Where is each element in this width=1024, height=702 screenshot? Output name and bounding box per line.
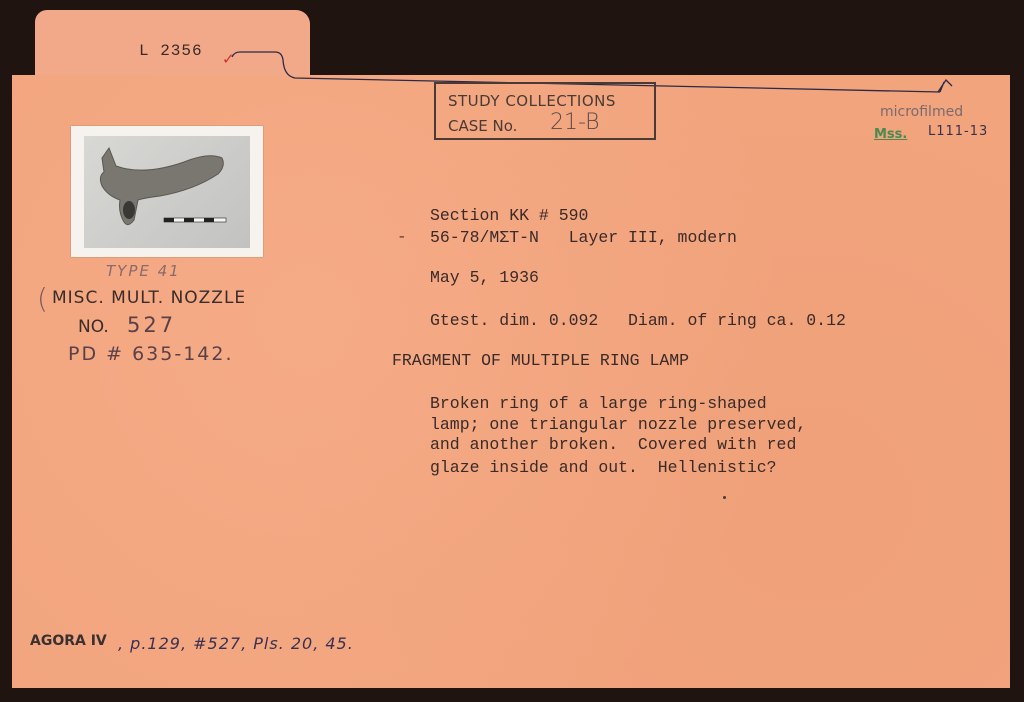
ink-dot — [723, 496, 726, 499]
pd-number: PD # 635-142. — [68, 343, 234, 365]
study-collections-stamp: STUDY COLLECTIONS CASE No. 21-B — [434, 82, 656, 140]
stamp-case-label: CASE No. — [448, 117, 517, 135]
description-line: and another broken. Covered with red — [430, 435, 796, 454]
microfilm-number: L111-13 — [928, 124, 988, 139]
bracket-mark: ( — [37, 282, 48, 315]
section-line: Section KK # 590 — [430, 206, 588, 225]
dimensions-line: Gtest. dim. 0.092 Diam. of ring ca. 0.12 — [430, 311, 846, 330]
description-line: glaze inside and out. Hellenistic? — [430, 458, 777, 477]
description-line: Broken ring of a large ring-shaped — [430, 394, 767, 413]
agora-stamp: AGORA IV — [30, 633, 107, 649]
date-line: May 5, 1936 — [430, 268, 539, 287]
number-value: 527 — [127, 313, 176, 337]
check-mark-icon: ✓ — [222, 50, 235, 68]
description-line: lamp; one triangular nozzle preserved, — [430, 415, 806, 434]
stamp-case-number: 21-B — [550, 110, 600, 135]
mss-stamp: Mss. — [874, 127, 907, 142]
number-label: NO. — [78, 317, 109, 337]
stamp-title: STUDY COLLECTIONS — [448, 92, 616, 110]
location-line: 56-78/MΣT-N Layer III, modern — [430, 228, 737, 247]
microfilmed-stamp: microfilmed — [880, 104, 963, 120]
type-note: TYPE 41 — [106, 262, 181, 280]
catalog-id: L 2356 — [139, 42, 203, 60]
photo-icon — [84, 136, 250, 248]
location-dash: - — [397, 228, 407, 246]
artifact-photo — [71, 126, 263, 257]
object-title: FRAGMENT OF MULTIPLE RING LAMP — [392, 351, 689, 370]
category-label: MISC. MULT. NOZZLE — [52, 288, 246, 308]
publication-reference: , p.129, #527, Pls. 20, 45. — [118, 634, 354, 653]
